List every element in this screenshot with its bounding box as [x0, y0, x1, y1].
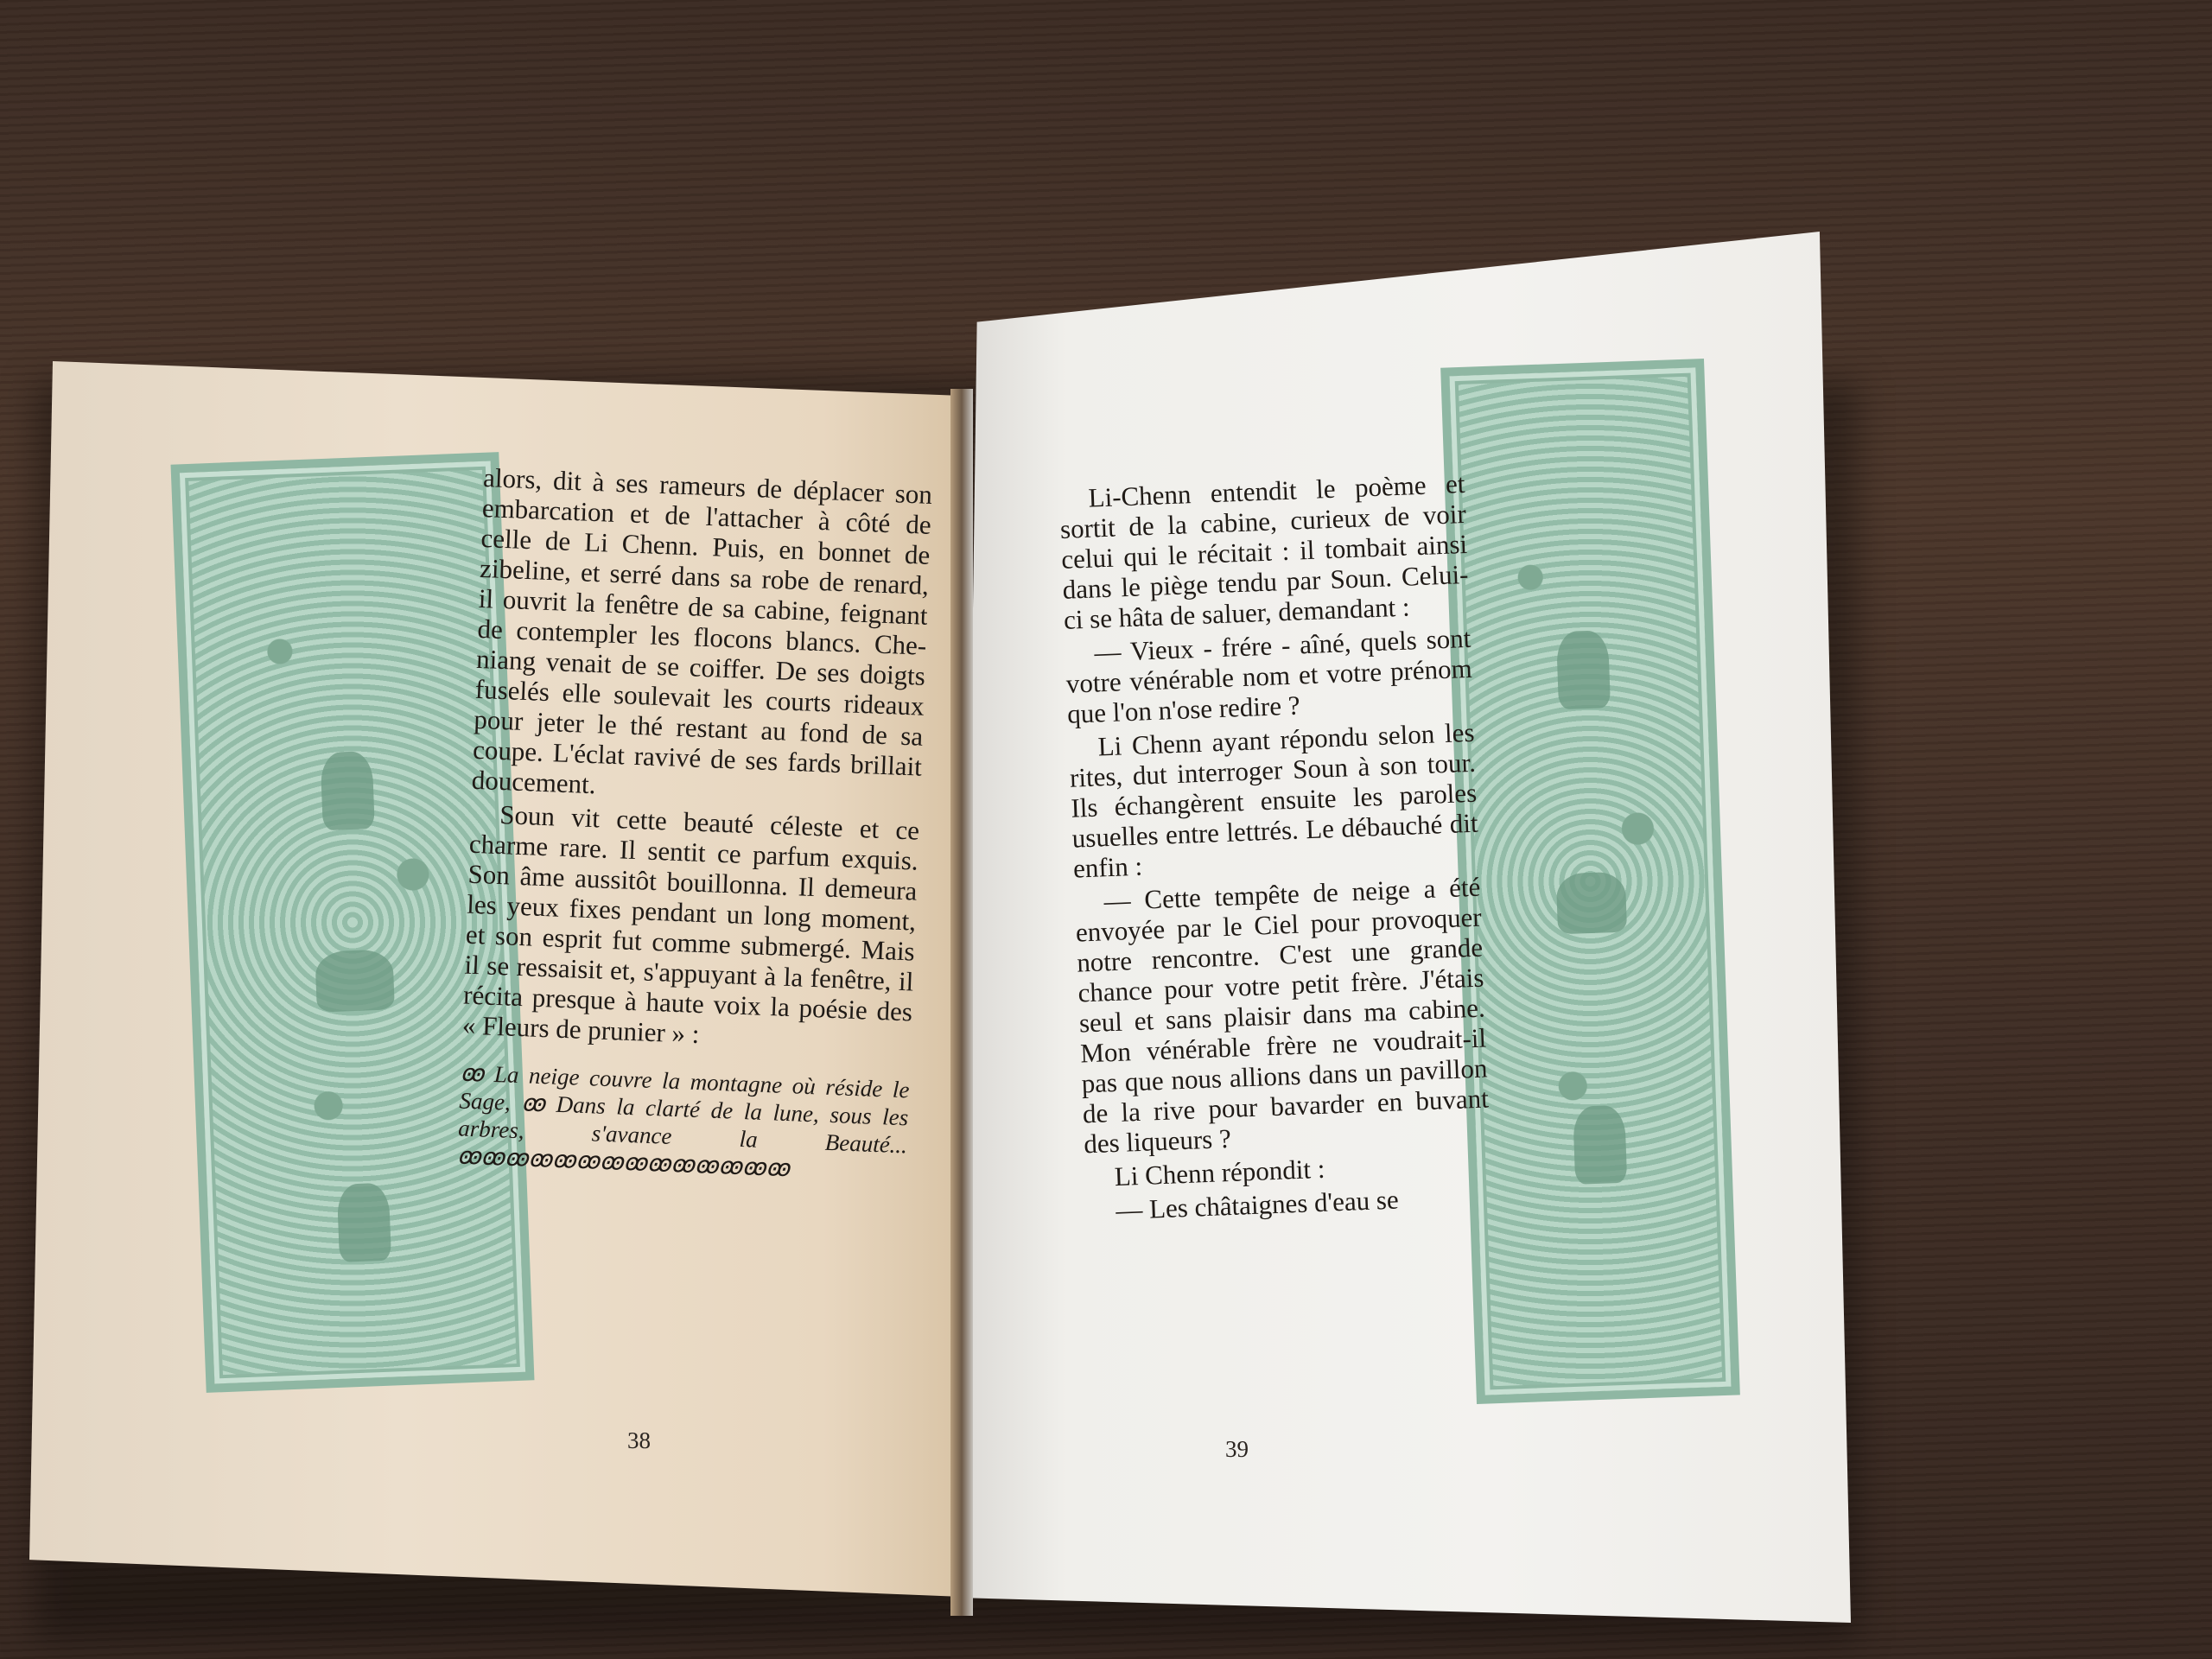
paragraph: Li Chenn ayant répondu selon les rites, …	[1068, 717, 1479, 884]
seated-figure-icon	[1555, 630, 1610, 709]
paragraph: Li-Chenn entendit le poème et sortit de …	[1058, 468, 1470, 635]
lion-figure-icon	[315, 949, 395, 1012]
paragraph: — Vieux - frére - aîné, quels sont votre…	[1065, 623, 1474, 729]
page-number-right: 39	[1225, 1436, 1249, 1463]
paragraph: — Cette tempête de neige a été envoyée p…	[1074, 872, 1491, 1160]
ornament-panel-right-icon	[1440, 359, 1740, 1404]
book-gutter	[950, 389, 973, 1616]
page-number-left: 38	[627, 1427, 651, 1454]
lion-figure-icon	[1555, 872, 1626, 935]
poem-quote: ꙭ La neige couvre la montagne où réside …	[457, 1058, 911, 1186]
seated-figure-icon	[337, 1183, 391, 1262]
seated-figure-icon	[320, 751, 374, 830]
right-page-text: Li-Chenn entendit le poème et sortit de …	[1058, 468, 1493, 1230]
seated-figure-icon	[1573, 1105, 1627, 1185]
left-page-text: alors, dit à ses rameurs de déplacer son…	[456, 462, 932, 1190]
paragraph: alors, dit à ses rameurs de déplacer son…	[471, 462, 932, 812]
paragraph: Soun vit cette beauté céleste et ce char…	[461, 798, 919, 1058]
